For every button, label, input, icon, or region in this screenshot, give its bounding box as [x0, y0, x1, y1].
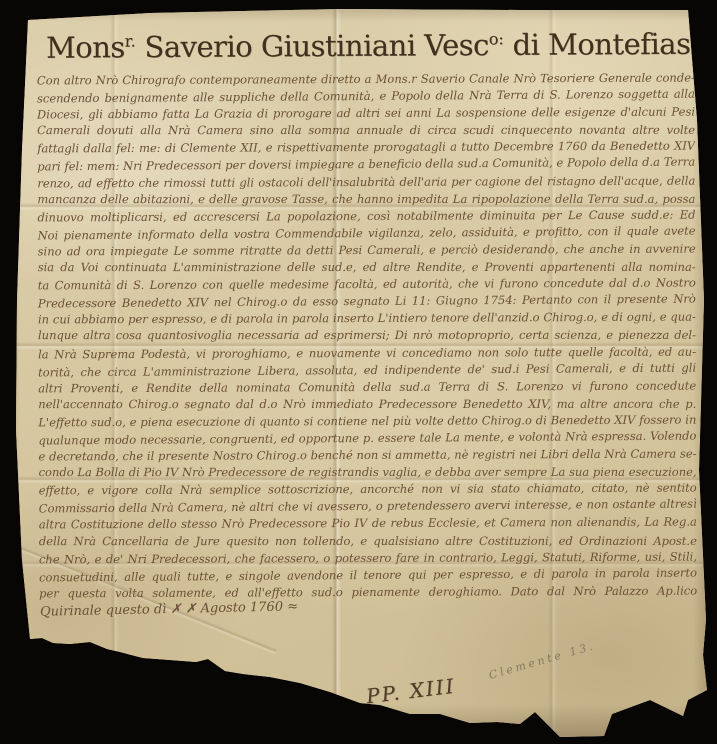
title-superscript: o:: [489, 29, 504, 48]
manuscript-line: della Nrà Cancellaria de Jure quesito no…: [39, 532, 697, 549]
manuscript-line: renzo, ad effetto che rimossi tutti gli …: [37, 172, 695, 192]
pencil-annotation: Clemente 13.: [487, 639, 597, 682]
title-superscript: r.: [125, 31, 136, 50]
manuscript-line: altra Costituzione dello stesso Nrò Pred…: [39, 514, 697, 534]
title-part: di Montefiascone: [504, 26, 717, 62]
parchment-document: Monsr. Saverio Giustiniani Vesco: di Mon…: [0, 0, 717, 744]
photo-background: Monsr. Saverio Giustiniani Vesco: di Mon…: [0, 0, 717, 744]
ink-initials-annotation: PP. XIII: [365, 674, 457, 709]
manuscript-line: condo La Bolla di Pio IV Nrò Predecessor…: [39, 464, 697, 481]
title-part: Mons: [46, 30, 125, 64]
title-part: Saverio Giustiniani Vesc: [136, 28, 489, 64]
manuscript-line: sia da Voi continuata L'amministrazione …: [38, 259, 696, 276]
manuscript-line: in cui abbiamo per espresso, e di parola…: [38, 309, 696, 329]
manuscript-line: mancanza delle abitazioni, e delle gravo…: [37, 190, 695, 207]
manuscript-line: lunque altra cosa quantosivoglia necessa…: [38, 327, 696, 344]
manuscript-line: Camerali dovuti alla Nrà Camera sino all…: [37, 122, 695, 139]
manuscript-line: nell'accennato Chirog.o segnato dal d.o …: [38, 396, 696, 413]
document-body: Con altro Nrò Chirografo contemporaneame…: [37, 70, 697, 603]
document-title: Monsr. Saverio Giustiniani Vesco: di Mon…: [46, 20, 714, 66]
